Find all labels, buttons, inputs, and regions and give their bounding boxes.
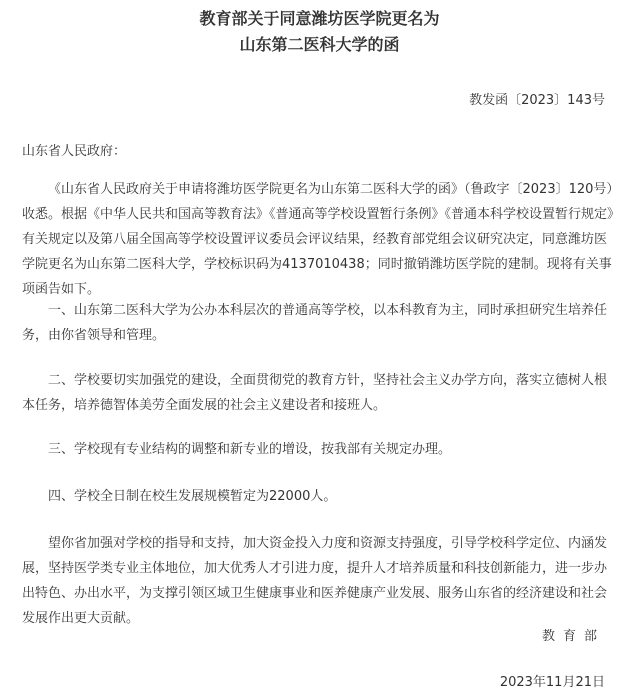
paragraph-item-2: 二、学校要切实加强党的建设，全面贯彻党的教育方针，坚持社会主义办学方向，落实立德… [22, 368, 618, 418]
paragraph-intro: 《山东省人民政府关于申请将潍坊医学院更名为山东第二医科大学的函》（鲁政字〔202… [22, 177, 618, 302]
paragraph-item-1: 一、山东第二医科大学为公办本科层次的普通高等学校，以本科教育为主，同时承担研究生… [22, 298, 618, 348]
signer: 教育部 [542, 628, 605, 646]
paragraph-item-3: 三、学校现有专业结构的调整和新专业的增设，按我部有关规定办理。 [22, 437, 618, 462]
paragraph-item-4: 四、学校全日制在校生发展规模暂定为22000人。 [22, 484, 618, 509]
document-title-line-2: 山东第二医科大学的函 [0, 34, 639, 56]
document-date: 2023年11月21日 [500, 674, 605, 692]
paragraph-closing: 望你省加强对学校的指导和支持，加大资金投入力度和资源支持强度，引导学校科学定位、… [22, 531, 618, 631]
document-number: 教发函〔2023〕143号 [469, 92, 605, 110]
document-title-line-1: 教育部关于同意潍坊医学院更名为 [0, 8, 639, 30]
salutation: 山东省人民政府： [22, 143, 126, 161]
